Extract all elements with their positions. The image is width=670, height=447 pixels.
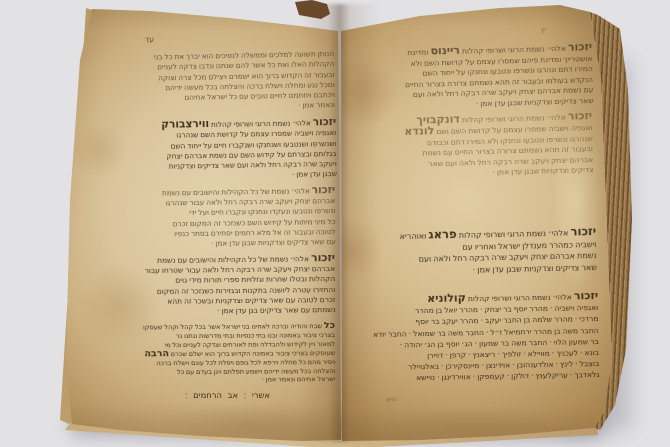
paragraph-left-1: הנותן תשועה למלכים וממשלה לנסיכים הוא יב… [93,49,335,115]
gutter-shadow [300,4,380,442]
paragraph-right-2: יזכור אלהי׳ נשמת הרוגי ושרופי קהלות דונק… [350,111,594,182]
paragraph-right-3-prague: יזכור אלהי׳ נשמת הרוגי ושרופי קהלות פראג… [350,226,597,278]
paragraph-right-1: יזכור אלהי׳ נשמת הרוגי ושרופי קהלות ריינ… [352,42,594,113]
catchword-left: עד [118,35,154,45]
header-mark-right: יין [512,26,546,36]
manuscript-photo: עד הנותן תשועה למלכים וממשלה לנסיכים הוא… [0,0,670,447]
paragraph-right-4-cologne: יזכור אלהי׳ נשמת הרוגי ושרופי קהלות קולו… [350,290,600,385]
ashrei-av-harachamim-line: אשרי ׃ אב הרחמים ׃ [140,390,270,400]
